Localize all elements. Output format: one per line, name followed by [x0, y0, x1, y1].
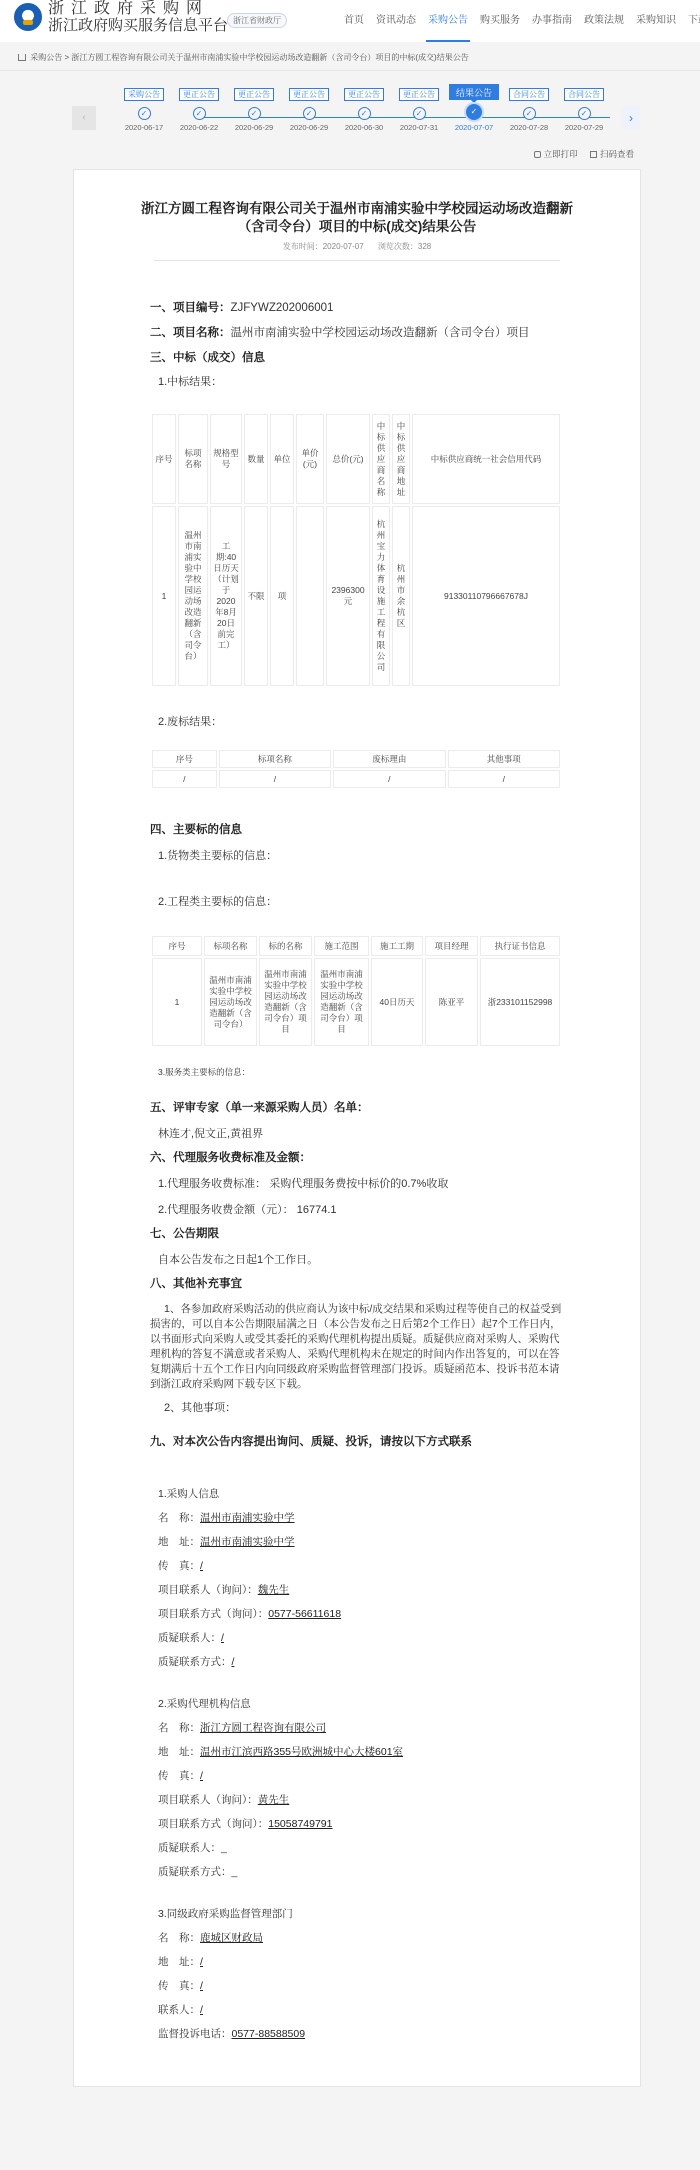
- home-icon[interactable]: [18, 54, 26, 61]
- check-circle-icon: ✓: [413, 107, 426, 120]
- purchaser-info: 1.采购人信息 名 称：温州市南浦实验中学 地 址：温州市南浦实验中学 传 真：…: [150, 1482, 562, 1674]
- project-number: ZJFYWZ202006001: [231, 302, 334, 314]
- site-header: 浙江政府采购网 浙江政府购买服务信息平台 浙江省财政厅 首页 资讯动态 采购公告…: [0, 0, 700, 42]
- agency-contact-row: 项目联系人（询问）：黄先生: [158, 1788, 562, 1812]
- check-circle-icon: ✓: [358, 107, 371, 120]
- supervisor-heading: 3.同级政府采购监督管理部门: [158, 1902, 562, 1926]
- table-row: 1 温州市南浦实验中学校园运动场改造翻新（含司令台） 温州市南浦实验中学校园运动…: [152, 958, 560, 1046]
- section-project-name: 二、项目名称：温州市南浦实验中学校园运动场改造翻新（含司令台）项目: [150, 323, 562, 343]
- supervisor-phone-row: 监督投诉电话：0577-88588509: [158, 2022, 562, 2046]
- timeline-date: 2020-07-07: [444, 123, 504, 132]
- print-button[interactable]: 立即打印: [534, 149, 578, 159]
- timeline-node[interactable]: 更正公告 ✓ 2020-06-22: [169, 85, 229, 132]
- nav-item-news[interactable]: 资讯动态: [370, 0, 422, 42]
- breadcrumb-current: 浙江方圆工程咨询有限公司关于温州市南浦实验中学校园运动场改造翻新（含司令台）项目…: [71, 53, 468, 62]
- section-notice-period: 七、公告期限: [150, 1224, 562, 1244]
- nav-item-guide[interactable]: 办事指南: [526, 0, 578, 42]
- purchaser-query-contact-row: 质疑联系人：/: [158, 1626, 562, 1650]
- table-row: 1 温州市南浦实验中学校园运动场改造翻新（含司令台） 工期:40日历天（计划于2…: [152, 506, 560, 686]
- works-subject-label: 2.工程类主要标的信息：: [150, 892, 562, 912]
- main-nav: 首页 资讯动态 采购公告 购买服务 办事指南 政策法规 采购知识 下载专区: [338, 0, 700, 42]
- check-circle-icon: ✓: [578, 107, 591, 120]
- nav-item-announcements[interactable]: 采购公告: [422, 0, 474, 42]
- breadcrumb-root[interactable]: 采购公告: [30, 53, 62, 62]
- table-header-row: 序号 标项名称 废标理由 其他事项: [152, 750, 560, 768]
- agency-query-phone-row: 质疑联系方式：_: [158, 1860, 562, 1884]
- timeline-node[interactable]: 更正公告 ✓ 2020-06-29: [279, 85, 339, 132]
- table-row: / / / /: [152, 770, 560, 788]
- section-experts: 五、评审专家（单一来源采购人员）名单：: [150, 1098, 562, 1118]
- project-name: 温州市南浦实验中学校园运动场改造翻新（含司令台）项目: [231, 327, 530, 339]
- breadcrumb-separator: >: [64, 53, 69, 62]
- timeline-date: 2020-07-29: [554, 123, 614, 132]
- section-other-matters: 八、其他补充事宜: [150, 1274, 562, 1294]
- purchaser-address-row: 地 址：温州市南浦实验中学: [158, 1530, 562, 1554]
- table-header-row: 序号 标项名称 标的名称 施工范围 施工工期 项目经理 执行证书信息: [152, 936, 560, 956]
- site-subtitle[interactable]: 浙江政府购买服务信息平台: [48, 18, 228, 34]
- table-header-row: 序号 标项名称 规格型号 数量 单位 单价(元) 总价(元) 中标供应商名称 中…: [152, 414, 560, 504]
- timeline-node[interactable]: 采购公告 ✓ 2020-06-17: [114, 85, 174, 132]
- timeline-tag[interactable]: 合同公告: [564, 88, 604, 101]
- timeline-date: 2020-06-22: [169, 123, 229, 132]
- timeline-next-button[interactable]: ›: [622, 106, 640, 130]
- announcement-timeline: ‹ 采购公告 ✓ 2020-06-17 更正公告 ✓ 2020-06-22 更正…: [0, 77, 700, 143]
- article-card: 浙江方圆工程咨询有限公司关于温州市南浦实验中学校园运动场改造翻新（含司令台）项目…: [73, 169, 641, 2087]
- supervisor-contact-row: 联系人：/: [158, 1998, 562, 2022]
- agency-address: 温州市江滨西路355号欧洲城中心大楼601室: [200, 1746, 403, 1758]
- publish-label: 发布时间：: [283, 242, 323, 251]
- timeline-date: 2020-06-29: [279, 123, 339, 132]
- purchaser-address: 温州市南浦实验中学: [200, 1536, 295, 1548]
- section-project-number: 一、项目编号：ZJFYWZ202006001: [150, 298, 562, 318]
- dept-badge[interactable]: 浙江省财政厅: [227, 13, 287, 28]
- timeline-node[interactable]: 合同公告 ✓ 2020-07-28: [499, 85, 559, 132]
- section-contacts: 九、对本次公告内容提出询问、质疑、投诉，请按以下方式联系: [150, 1432, 562, 1452]
- works-table: 序号 标项名称 标的名称 施工范围 施工工期 项目经理 执行证书信息 1 温州市…: [150, 934, 562, 1048]
- timeline-node[interactable]: 更正公告 ✓ 2020-07-31: [389, 85, 449, 132]
- views-label: 浏览次数：: [378, 242, 418, 251]
- timeline-node[interactable]: 更正公告 ✓ 2020-06-29: [224, 85, 284, 132]
- article-body: 一、项目编号：ZJFYWZ202006001 二、项目名称：温州市南浦实验中学校…: [74, 261, 640, 2046]
- timeline-node[interactable]: 合同公告 ✓ 2020-07-29: [554, 85, 614, 132]
- section-main-subject: 四、主要标的信息: [150, 820, 562, 840]
- publish-date: 2020-07-07: [323, 242, 364, 251]
- experts-list: 林连才,倪文正,黄祖界: [150, 1124, 562, 1144]
- service-subject-label: 3.服务类主要标的信息：: [150, 1062, 562, 1082]
- qr-code-icon: [590, 151, 597, 158]
- nav-item-policy[interactable]: 政策法规: [578, 0, 630, 42]
- award-table: 序号 标项名称 规格型号 数量 单位 单价(元) 总价(元) 中标供应商名称 中…: [150, 412, 562, 688]
- fee-standard: 1.代理服务收费标准： 采购代理服务费按中标价的0.7%收取: [150, 1174, 562, 1194]
- timeline-node-active[interactable]: 结果公告 ✓ 2020-07-07: [444, 85, 504, 132]
- supervisor-address-row: 地 址：/: [158, 1950, 562, 1974]
- check-circle-icon: ✓: [303, 107, 316, 120]
- agency-name: 浙江方圆工程咨询有限公司: [200, 1722, 326, 1734]
- other-matters-label: 2、其他事项：: [150, 1398, 562, 1418]
- section-agency-fee: 六、代理服务收费标准及金额：: [150, 1148, 562, 1168]
- check-circle-icon: ✓: [248, 107, 261, 120]
- nav-item-services[interactable]: 购买服务: [474, 0, 526, 42]
- timeline-tag-active[interactable]: 结果公告: [449, 84, 499, 100]
- supervisor-fax-row: 传 真：/: [158, 1974, 562, 1998]
- article-title: 浙江方圆工程咨询有限公司关于温州市南浦实验中学校园运动场改造翻新（含司令台）项目…: [74, 200, 640, 236]
- article-meta: 发布时间：2020-07-07 浏览次数：328: [74, 241, 640, 252]
- breadcrumb: 采购公告 > 浙江方圆工程咨询有限公司关于温州市南浦实验中学校园运动场改造翻新（…: [0, 50, 700, 66]
- article-tools: 立即打印 扫码查看: [0, 143, 700, 165]
- check-circle-icon: ✓: [523, 107, 536, 120]
- supervisor-info: 3.同级政府采购监督管理部门 名 称：鹿城区财政局 地 址：/ 传 真：/ 联系…: [150, 1902, 562, 2046]
- timeline-date: 2020-06-29: [224, 123, 284, 132]
- purchaser-fax-row: 传 真：/: [158, 1554, 562, 1578]
- timeline-date: 2020-06-17: [114, 123, 174, 132]
- void-table: 序号 标项名称 废标理由 其他事项 / / / /: [150, 748, 562, 790]
- supervisor-name-row: 名 称：鹿城区财政局: [158, 1926, 562, 1950]
- timeline-tag[interactable]: 更正公告: [399, 88, 439, 101]
- divider: [0, 70, 700, 71]
- nav-item-knowledge[interactable]: 采购知识: [630, 0, 682, 42]
- timeline-date: 2020-07-28: [499, 123, 559, 132]
- timeline-tag[interactable]: 更正公告: [289, 88, 329, 101]
- agency-info: 2.采购代理机构信息 名 称：浙江方圆工程咨询有限公司 地 址：温州市江滨西路3…: [150, 1692, 562, 1884]
- award-result-label: 1.中标结果：: [150, 372, 562, 392]
- agency-query-contact-row: 质疑联系人：_: [158, 1836, 562, 1860]
- purchaser-fax: /: [200, 1560, 203, 1572]
- supervisor-name: 鹿城区财政局: [200, 1932, 263, 1944]
- nav-item-downloads[interactable]: 下载专区: [682, 0, 700, 42]
- timeline-tag[interactable]: 合同公告: [509, 88, 549, 101]
- complaint-paragraph: 1、各参加政府采购活动的供应商认为该中标/成交结果和采购过程等使自己的权益受到损…: [150, 1302, 562, 1392]
- purchaser-heading: 1.采购人信息: [158, 1482, 562, 1506]
- timeline-date: 2020-07-31: [389, 123, 449, 132]
- timeline-prev-button[interactable]: ‹: [72, 106, 96, 130]
- agency-phone-row: 项目联系方式（询问）：15058749791: [158, 1812, 562, 1836]
- scan-button[interactable]: 扫码查看: [590, 149, 634, 159]
- agency-phone: 15058749791: [268, 1818, 332, 1830]
- views-count: 328: [418, 242, 431, 251]
- timeline-tag[interactable]: 更正公告: [344, 88, 384, 101]
- check-circle-icon: ✓: [466, 104, 482, 120]
- site-title[interactable]: 浙江政府采购网: [48, 1, 209, 17]
- purchaser-contact-row: 项目联系人（询问）：魏先生: [158, 1578, 562, 1602]
- check-circle-icon: ✓: [138, 107, 151, 120]
- fee-amount: 2.代理服务收费金额（元）： 16774.1: [150, 1200, 562, 1220]
- supervisor-phone: 0577-88588509: [232, 2028, 306, 2040]
- void-result-label: 2.废标结果：: [150, 712, 562, 732]
- section-award-info: 三、中标（成交）信息: [150, 348, 562, 368]
- purchaser-name-row: 名 称：温州市南浦实验中学: [158, 1506, 562, 1530]
- printer-icon: [534, 151, 541, 158]
- purchaser-phone-row: 项目联系方式（询问）：0577-56611618: [158, 1602, 562, 1626]
- timeline-tag[interactable]: 更正公告: [234, 88, 274, 101]
- agency-fax-row: 传 真：/: [158, 1764, 562, 1788]
- purchaser-query-phone-row: 质疑联系方式：/: [158, 1650, 562, 1674]
- agency-heading: 2.采购代理机构信息: [158, 1692, 562, 1716]
- notice-period-value: 自本公告发布之日起1个工作日。: [150, 1250, 562, 1270]
- agency-address-row: 地 址：温州市江滨西路355号欧洲城中心大楼601室: [158, 1740, 562, 1764]
- purchaser-name: 温州市南浦实验中学: [200, 1512, 295, 1524]
- goods-subject-label: 1.货物类主要标的信息：: [150, 846, 562, 866]
- timeline-tag[interactable]: 更正公告: [179, 88, 219, 101]
- agency-name-row: 名 称：浙江方圆工程咨询有限公司: [158, 1716, 562, 1740]
- purchaser-contact: 魏先生: [258, 1584, 290, 1596]
- timeline-date: 2020-06-30: [334, 123, 394, 132]
- timeline-node[interactable]: 更正公告 ✓ 2020-06-30: [334, 85, 394, 132]
- check-circle-icon: ✓: [193, 107, 206, 120]
- purchaser-phone: 0577-56611618: [268, 1608, 341, 1620]
- agency-contact: 黄先生: [258, 1794, 290, 1806]
- timeline-tag[interactable]: 采购公告: [124, 88, 164, 101]
- site-logo-icon[interactable]: [14, 3, 42, 31]
- nav-item-home[interactable]: 首页: [338, 0, 370, 42]
